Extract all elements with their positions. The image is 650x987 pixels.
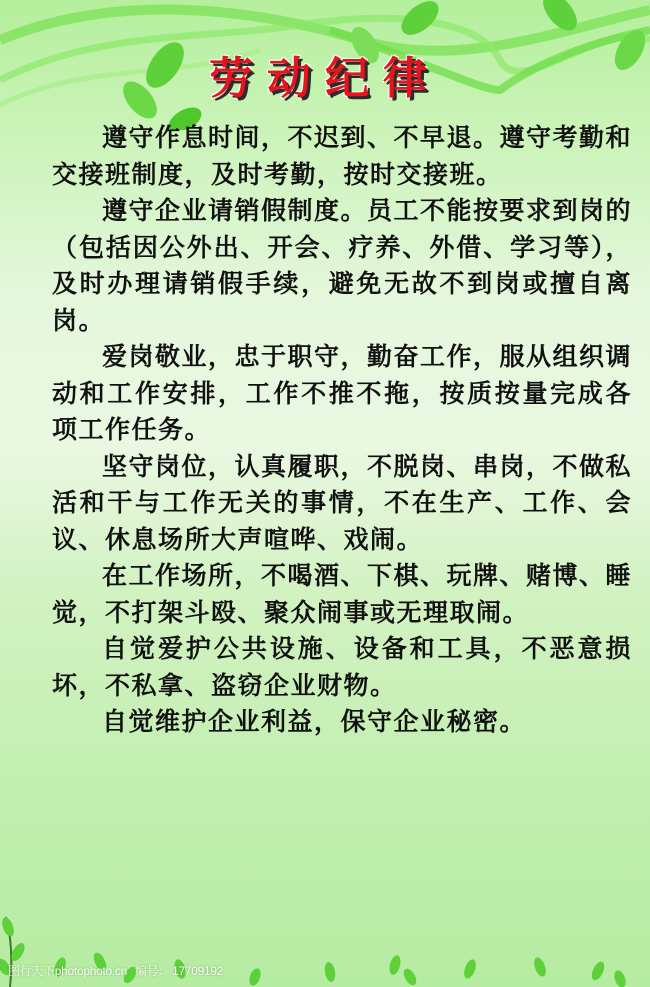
rule-paragraph-5: 在工作场所，不喝酒、下棋、玩牌、赌博、睡觉，不打架斗殴、聚众闹事或无理取闹。 (52, 558, 632, 631)
rule-paragraph-1: 遵守作息时间，不迟到、不早退。遵守考勤和交接班制度，及时考勤，按时交接班。 (52, 120, 632, 193)
watermark-id-value: 17709192 (172, 964, 223, 978)
rule-paragraph-6: 自觉爱护公共设施、设备和工具，不恶意损坏，不私拿、盗窃企业财物。 (52, 631, 632, 704)
rule-paragraph-3: 爱岗敬业，忠于职守，勤奋工作，服从组织调动和工作安排，工作不推不拖，按质按量完成… (52, 339, 632, 449)
watermark-site: 图行天下photophoto.cn (8, 964, 127, 978)
poster: 劳动纪律 遵守作息时间，不迟到、不早退。遵守考勤和交接班制度，及时考勤，按时交接… (0, 0, 650, 987)
rule-paragraph-4: 坚守岗位，认真履职，不脱岗、串岗，不做私活和干与工作无关的事情，不在生产、工作、… (52, 449, 632, 559)
rule-paragraph-2: 遵守企业请销假制度。员工不能按要求到岗的（包括因公外出、开会、疗养、外借、学习等… (52, 193, 632, 339)
watermark: 图行天下photophoto.cn编号：17709192 (8, 962, 231, 979)
rule-paragraph-7: 自觉维护企业利益，保守企业秘密。 (52, 704, 632, 741)
watermark-id-label: 编号： (135, 964, 170, 978)
poster-title: 劳动纪律 (0, 42, 650, 106)
rules-body: 遵守作息时间，不迟到、不早退。遵守考勤和交接班制度，及时考勤，按时交接班。 遵守… (52, 120, 632, 741)
